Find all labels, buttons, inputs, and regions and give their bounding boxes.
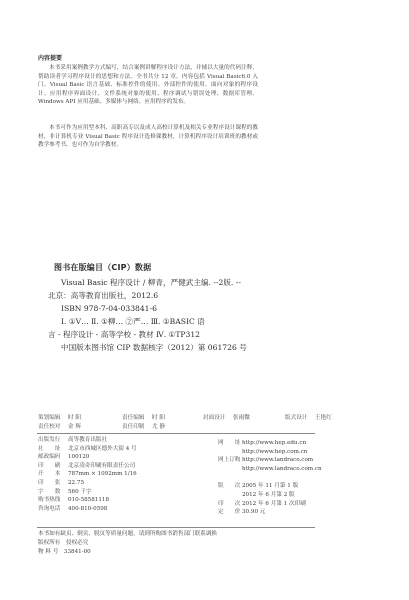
abstract-paragraph-1: 本书采用案例教学方式编写，结合案例讲解程序设计方法，并辅以大量的代码注释，帮助读…	[38, 64, 258, 107]
pub-online-order-2: http://www.landraco.com.cn	[218, 465, 322, 474]
cip-line-5: 言 - 程序设计 - 高等学校 - 教材 Ⅳ. ①TP312	[48, 328, 200, 341]
credit-cover-design: 封面设计张雨微	[203, 414, 250, 423]
pub-website-1: 网 址http://www.hep.edu.cn	[218, 439, 322, 448]
abstract-title: 内容提要	[38, 53, 62, 62]
pub-format: 开 本787mm × 1092mm 1/16	[38, 470, 137, 479]
cip-isbn: ISBN 978-7-04-033841-6	[61, 302, 157, 315]
publication-info-left: 出版发行高等教育出版社 社 址北京市西城区德外大街 4 号 邮政编码100120…	[38, 436, 137, 513]
credit-planning-editor: 策划编辑时 阳	[38, 414, 81, 423]
pub-website-2: http://www.hep.com.cn	[218, 448, 322, 457]
pub-printing: 印 次2012 年 6 月第 1 次印刷	[218, 500, 322, 509]
pub-sheets: 印 张22.75	[38, 479, 137, 488]
cip-record-number: 中国版本图书馆 CIP 数据核字（2012）第 061726 号	[61, 341, 247, 354]
pub-price: 定 价30.90 元	[218, 508, 322, 517]
pub-word-count: 字 数560 千字	[38, 488, 137, 497]
credit-responsible-editor: 责任编辑时 阳	[122, 414, 165, 423]
pub-edition-2: 2012 年 6 月第 2 版	[218, 491, 322, 500]
cip-line-2: 北京：高等教育出版社，2012.6	[48, 289, 158, 302]
pub-online-order-1: 网上订购http://www.landraco.com	[218, 456, 322, 465]
pub-postcode: 邮政编码100120	[38, 453, 137, 462]
pub-publisher: 出版发行高等教育出版社	[38, 436, 137, 445]
credit-print-supervisor: 责任印制尤 静	[122, 423, 165, 432]
pub-order-hotline: 购书热线010-58581118	[38, 496, 137, 505]
divider-top	[37, 433, 315, 434]
cip-line-1: Visual Basic 程序设计 / 柳青，严健武主编. --2版. --	[61, 276, 241, 289]
footer-rights: 版权所有 侵权必究	[38, 539, 88, 548]
pub-consult-phone: 咨询电话400-810-0598	[38, 505, 137, 514]
cip-title: 图书在版编目（CIP）数据	[54, 262, 151, 273]
pub-edition-1: 版 次2005 年 11 月第 1 版	[218, 482, 322, 491]
footer-material-number: 物 料 号 33841-00	[38, 548, 91, 557]
credit-proofreader: 责任校对金 辉	[38, 423, 81, 432]
abstract-paragraph-2: 本书可作为应用型本科、高职高专以及成人高校计算机及相关专业程序设计课程的教材，非…	[38, 124, 258, 150]
pub-printer: 印 刷北京凌奇印刷有限责任公司	[38, 462, 137, 471]
publication-info-right: 网 址http://www.hep.edu.cn http://www.hep.…	[218, 439, 322, 517]
pub-address: 社 址北京市西城区德外大街 4 号	[38, 445, 137, 454]
cip-line-4: Ⅰ. ①V… Ⅱ. ①柳… ②严… Ⅲ. ①BASIC 语	[61, 315, 205, 328]
divider-bottom	[37, 527, 315, 528]
footer-notice: 本书如有缺页、倒页、脱页等质量问题，请到所购图书销售部门联系调换	[38, 530, 217, 539]
credit-layout-design: 版式设计王艳红	[285, 414, 332, 423]
